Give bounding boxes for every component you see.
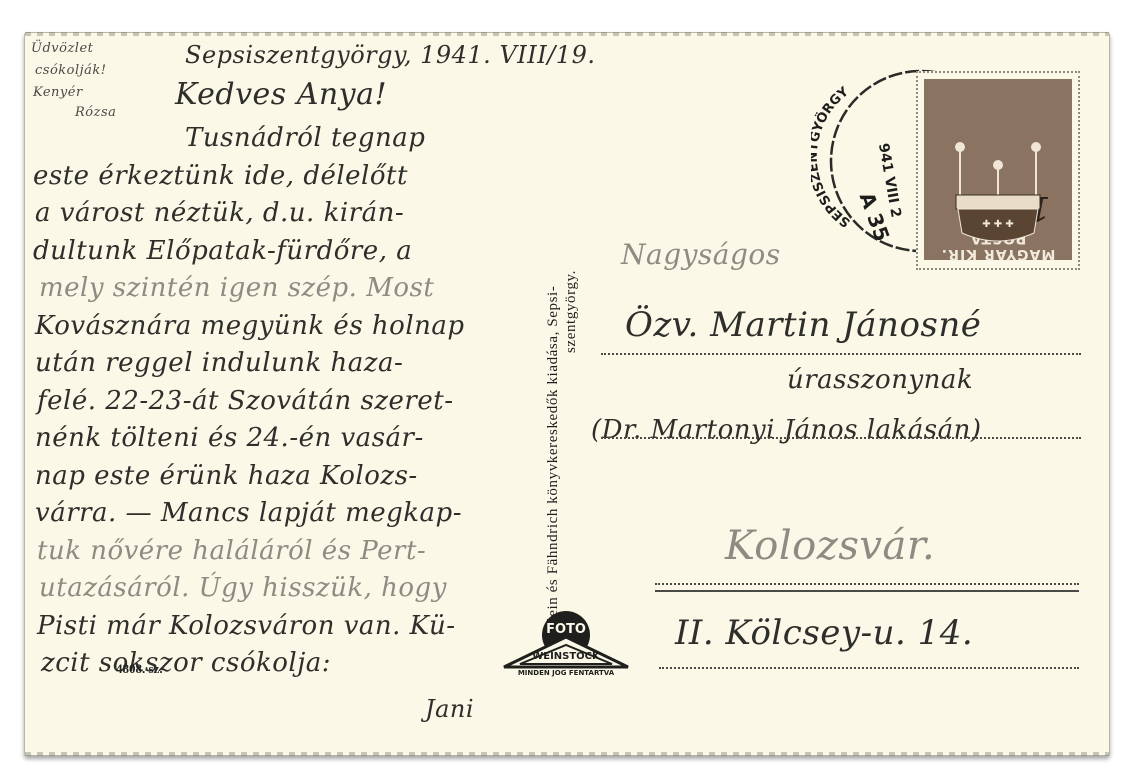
address-honorific: Nagyságos xyxy=(621,238,781,271)
svg-text:MINDEN JOG FENTARTVA: MINDEN JOG FENTARTVA xyxy=(518,669,615,677)
address-care-of: (Dr. Martonyi János lakásán) xyxy=(591,415,982,445)
foto-weinstock-logo-icon: FOTO WEINSTOCK MINDEN JOG FENTARTVA xyxy=(498,609,634,677)
place-date: Sepsiszentgyörgy, 1941. VIII/19. xyxy=(185,41,595,69)
side-note-line: Üdvözlet xyxy=(31,41,93,56)
letter-line: zcit sokszor csókolja: xyxy=(41,648,331,678)
letter-line: a várost néztük, d.u. kirán- xyxy=(35,198,404,228)
side-note-line: Kenyér xyxy=(33,85,83,100)
letter-line: felé. 22-23-át Szovátán szeret- xyxy=(37,386,453,416)
address-line xyxy=(601,437,1081,439)
address-name: Özv. Martin Jánosné xyxy=(625,305,981,345)
letter-line: Pisti már Kolozsváron van. Kü- xyxy=(37,611,456,641)
postcard-back: Üdvözlet csókolják! Kenyér Rózsa Sepsisz… xyxy=(24,32,1110,756)
letter-line: Tusnádról tegnap xyxy=(185,123,425,153)
svg-text:✚ ✚ ✚: ✚ ✚ ✚ xyxy=(982,219,1014,230)
publisher-imprint: Klein és Fähndrich könyvkereskedők kiadá… xyxy=(541,53,571,673)
letter-line: este érkeztünk ide, délelőtt xyxy=(33,161,408,191)
letter-line: várra. — Mancs lapját megkap- xyxy=(35,498,462,528)
address-underline xyxy=(655,590,1079,592)
letter-line: nap este érünk haza Kolozs- xyxy=(35,461,418,491)
letter-line: mely szintén igen szép. Most xyxy=(39,273,434,303)
address-line xyxy=(601,353,1081,355)
letter-line: utazásáról. Úgy hisszük, hogy xyxy=(39,573,447,603)
address-street: II. Kölcsey-u. 14. xyxy=(675,613,973,653)
svg-text:SEPSISZENTGYÖRGY: SEPSISZENTGYÖRGY xyxy=(811,84,853,230)
svg-text:WEINSTOCK: WEINSTOCK xyxy=(532,651,601,662)
address-line xyxy=(659,667,1079,669)
address-title: úrasszonynak xyxy=(787,365,973,395)
salutation: Kedves Anya! xyxy=(175,77,387,112)
serial-number: 4808. sz. xyxy=(116,661,163,677)
side-note-line: csókolják! xyxy=(35,63,107,78)
postage-stamp: MAGYAR KIR. POSTA 10 ✚ ✚ ✚ xyxy=(916,71,1080,270)
holy-crown-icon: ✚ ✚ ✚ xyxy=(938,137,1058,247)
publisher-line-1: Klein és Fähndrich könyvkereskedők kiadá… xyxy=(545,53,562,633)
side-note-line: Rózsa xyxy=(75,105,116,120)
publisher-line-2: szentgyörgy. xyxy=(563,53,580,353)
letter-line: Kovásznára megyünk és holnap xyxy=(35,311,465,341)
letter-line: nénk tölteni és 24.-én vasár- xyxy=(35,423,424,453)
letter-line: dultunk Előpatak-fürdőre, a xyxy=(33,236,412,266)
address-line xyxy=(655,583,1079,585)
letter-line: tuk nővére haláláról és Pert- xyxy=(37,536,426,566)
svg-text:FOTO: FOTO xyxy=(546,622,586,637)
address-city: Kolozsvár. xyxy=(725,523,935,569)
signature: Jani xyxy=(425,695,474,723)
letter-line: után reggel indulunk haza- xyxy=(35,348,403,378)
